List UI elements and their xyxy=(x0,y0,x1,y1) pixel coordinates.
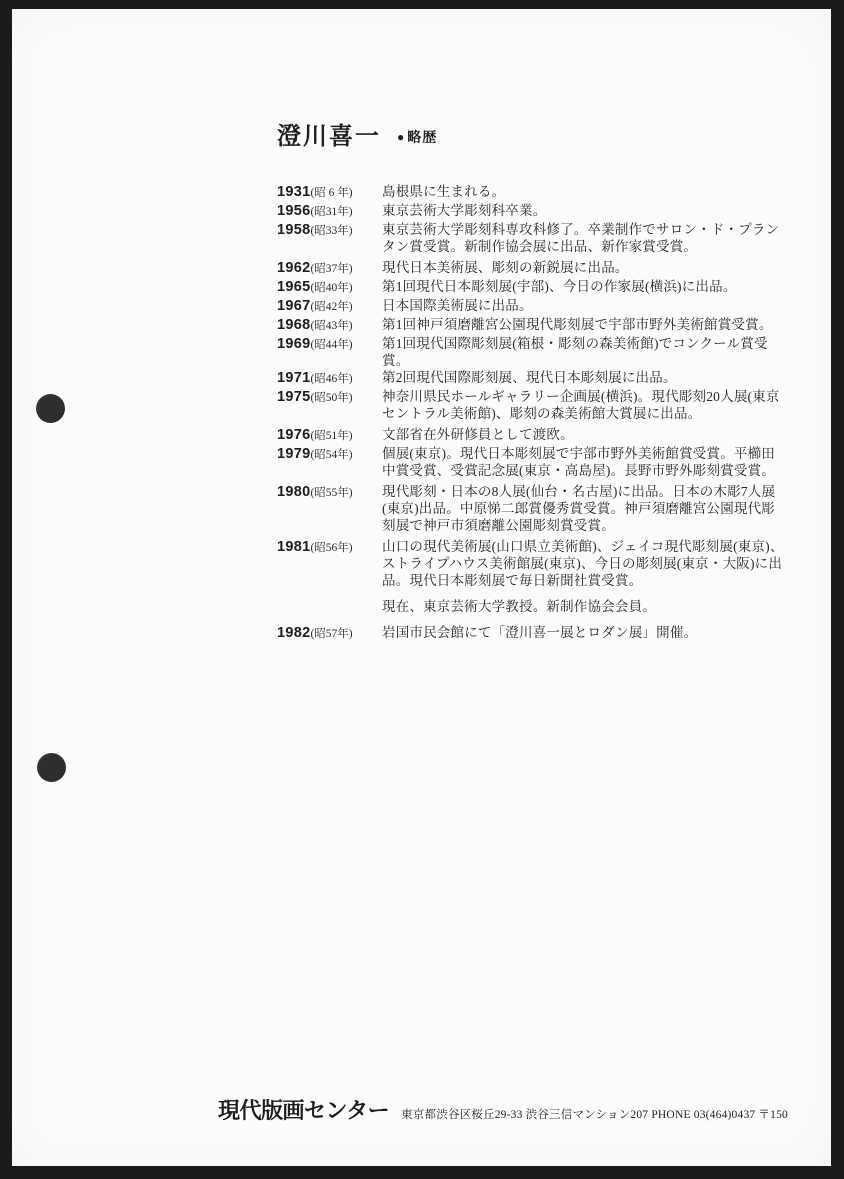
chronology-entry: 1976(昭51年) 文部省在外研修員として渡欧。 xyxy=(277,426,792,445)
entry-year-number: 1976 xyxy=(277,427,310,443)
entry-era-label: (昭37年) xyxy=(310,263,352,275)
document-page: 澄川喜一 ● 略歴 1931(昭 6 年) 島根県に生まれる。 1956(昭31… xyxy=(12,9,831,1166)
chronology-entry: 1956(昭31年) 東京芸術大学彫刻科卒業。 xyxy=(277,202,792,221)
entry-era-label: (昭42年) xyxy=(310,301,352,313)
entry-year-number: 1958 xyxy=(277,222,310,238)
entry-year-number: 1967 xyxy=(277,298,310,314)
entry-year-number: 1956 xyxy=(277,203,310,219)
entry-year: 1969(昭44年) xyxy=(277,335,382,354)
entry-year: 1956(昭31年) xyxy=(277,202,382,221)
entry-year-number: 1968 xyxy=(277,317,310,333)
entry-year: 1981(昭56年) xyxy=(277,538,382,557)
chronology-list: 1931(昭 6 年) 島根県に生まれる。 1956(昭31年) 東京芸術大学彫… xyxy=(277,183,792,643)
entry-description: 第2回現代国際彫刻展、現代日本彫刻展に出品。 xyxy=(382,369,788,386)
entry-year: 1980(昭55年) xyxy=(277,483,382,502)
entry-description: 東京芸術大学彫刻科専攻科修了。卒業制作でサロン・ド・プランタン賞受賞。新制作協会… xyxy=(382,221,788,255)
entry-description: 文部省在外研修員として渡欧。 xyxy=(382,426,788,443)
entry-era-label: (昭51年) xyxy=(310,430,352,442)
section-label-text: 略歴 xyxy=(407,127,437,147)
entry-description: 第1回現代日本彫刻展(宇部)、今日の作家展(横浜)に出品。 xyxy=(382,278,788,295)
entry-year-number: 1980 xyxy=(277,484,310,500)
entry-description: 第1回現代国際彫刻展(箱根・彫刻の森美術館)でコンクール賞受賞。 xyxy=(382,335,788,369)
entry-era-label: (昭46年) xyxy=(310,373,352,385)
entry-year-number: 1962 xyxy=(277,260,310,276)
entry-description: 山口の現代美術展(山口県立美術館)、ジェイコ現代彫刻展(東京)、ストライプハウス… xyxy=(382,538,788,589)
entry-year-number: 1982 xyxy=(277,625,310,641)
entry-year: 1979(昭54年) xyxy=(277,445,382,464)
entry-year: 1976(昭51年) xyxy=(277,426,382,445)
entry-era-label: (昭55年) xyxy=(310,487,352,499)
entry-year-number: 1965 xyxy=(277,279,310,295)
entry-year: 1958(昭33年) xyxy=(277,221,382,240)
entry-year: 1968(昭43年) xyxy=(277,316,382,335)
entry-description: 日本国際美術展に出品。 xyxy=(382,297,788,314)
chronology-entry: 1965(昭40年) 第1回現代日本彫刻展(宇部)、今日の作家展(横浜)に出品。 xyxy=(277,278,792,297)
entry-description: 島根県に生まれる。 xyxy=(382,183,788,200)
entry-era-label: (昭33年) xyxy=(310,225,352,237)
entry-year: 1975(昭50年) xyxy=(277,388,382,407)
chronology-entry: 1979(昭54年) 個展(東京)。現代日本彫刻展で宇部市野外美術館賞受賞。平櫛… xyxy=(277,445,792,479)
chronology-entry: 1971(昭46年) 第2回現代国際彫刻展、現代日本彫刻展に出品。 xyxy=(277,369,792,388)
entry-year: 1931(昭 6 年) xyxy=(277,183,382,202)
chronology-entry: 1975(昭50年) 神奈川県民ホールギャラリー企画展(横浜)。現代彫刻20人展… xyxy=(277,388,792,422)
document-footer: 現代版画センター 東京都渋谷区桜丘29-33 渋谷三信マンション207 PHON… xyxy=(218,1094,788,1125)
chronology-entry: 1958(昭33年) 東京芸術大学彫刻科専攻科修了。卒業制作でサロン・ド・プラン… xyxy=(277,221,792,255)
chronology-entry: 1982(昭57年) 岩国市民会館にて「澄川喜一展とロダン展」開催。 xyxy=(277,624,792,643)
entry-year-number: 1969 xyxy=(277,336,310,352)
chronology-entry: 1968(昭43年) 第1回神戸須磨離宮公園現代彫刻展で宇部市野外美術館賞受賞。 xyxy=(277,316,792,335)
entry-era-label: (昭40年) xyxy=(310,282,352,294)
entry-year-number: 1931 xyxy=(277,184,310,200)
publisher-name: 現代版画センター xyxy=(218,1094,389,1125)
chronology-entry: 1931(昭 6 年) 島根県に生まれる。 xyxy=(277,183,792,202)
entry-era-label: (昭56年) xyxy=(310,542,352,554)
hole-punch-top xyxy=(36,394,65,423)
chronology-entry: 1962(昭37年) 現代日本美術展、彫刻の新鋭展に出品。 xyxy=(277,259,792,278)
entry-year-number: 1981 xyxy=(277,539,310,555)
entry-description: 東京芸術大学彫刻科卒業。 xyxy=(382,202,788,219)
hole-punch-bottom xyxy=(37,753,66,782)
section-label: ● 略歴 xyxy=(397,127,437,147)
entry-description: 現代彫刻・日本の8人展(仙台・名古屋)に出品。日本の木彫7人展(東京)出品。中原… xyxy=(382,483,788,534)
entry-description: 第1回神戸須磨離宮公園現代彫刻展で宇部市野外美術館賞受賞。 xyxy=(382,316,788,333)
entry-era-label: (昭31年) xyxy=(310,206,352,218)
entry-era-label: (昭50年) xyxy=(310,392,352,404)
chronology-entry: 1967(昭42年) 日本国際美術展に出品。 xyxy=(277,297,792,316)
entry-description: 神奈川県民ホールギャラリー企画展(横浜)。現代彫刻20人展(東京セントラル美術館… xyxy=(382,388,788,422)
entry-year: 1971(昭46年) xyxy=(277,369,382,388)
entry-year: 1967(昭42年) xyxy=(277,297,382,316)
scanner-background: 澄川喜一 ● 略歴 1931(昭 6 年) 島根県に生まれる。 1956(昭31… xyxy=(0,0,844,1179)
document-header: 澄川喜一 ● 略歴 xyxy=(277,125,437,149)
chronology-entry: 1980(昭55年) 現代彫刻・日本の8人展(仙台・名古屋)に出品。日本の木彫7… xyxy=(277,483,792,534)
entry-description: 個展(東京)。現代日本彫刻展で宇部市野外美術館賞受賞。平櫛田中賞受賞、受賞記念展… xyxy=(382,445,788,479)
entry-era-label: (昭43年) xyxy=(310,320,352,332)
entry-year: 1962(昭37年) xyxy=(277,259,382,278)
chronology-entry: 現在、東京芸術大学教授。新制作協会会員。 xyxy=(277,598,792,615)
entry-era-label: (昭57年) xyxy=(310,628,352,640)
entry-era-label: (昭44年) xyxy=(310,339,352,351)
entry-era-label: (昭54年) xyxy=(310,449,352,461)
entry-year-number: 1971 xyxy=(277,370,310,386)
chronology-entry: 1969(昭44年) 第1回現代国際彫刻展(箱根・彫刻の森美術館)でコンクール賞… xyxy=(277,335,792,369)
entry-era-label: (昭 6 年) xyxy=(310,187,352,199)
entry-year: 1965(昭40年) xyxy=(277,278,382,297)
entry-description: 現在、東京芸術大学教授。新制作協会会員。 xyxy=(382,598,788,615)
entry-description: 現代日本美術展、彫刻の新鋭展に出品。 xyxy=(382,259,788,276)
bullet-icon: ● xyxy=(397,131,405,143)
chronology-entry: 1981(昭56年) 山口の現代美術展(山口県立美術館)、ジェイコ現代彫刻展(東… xyxy=(277,538,792,589)
entry-description: 岩国市民会館にて「澄川喜一展とロダン展」開催。 xyxy=(382,624,788,641)
entry-year-number: 1979 xyxy=(277,446,310,462)
page-title: 澄川喜一 xyxy=(277,125,381,149)
entry-year: 1982(昭57年) xyxy=(277,624,382,643)
publisher-address: 東京都渋谷区桜丘29-33 渋谷三信マンション207 PHONE 03(464)… xyxy=(401,1106,788,1122)
entry-year-number: 1975 xyxy=(277,389,310,405)
